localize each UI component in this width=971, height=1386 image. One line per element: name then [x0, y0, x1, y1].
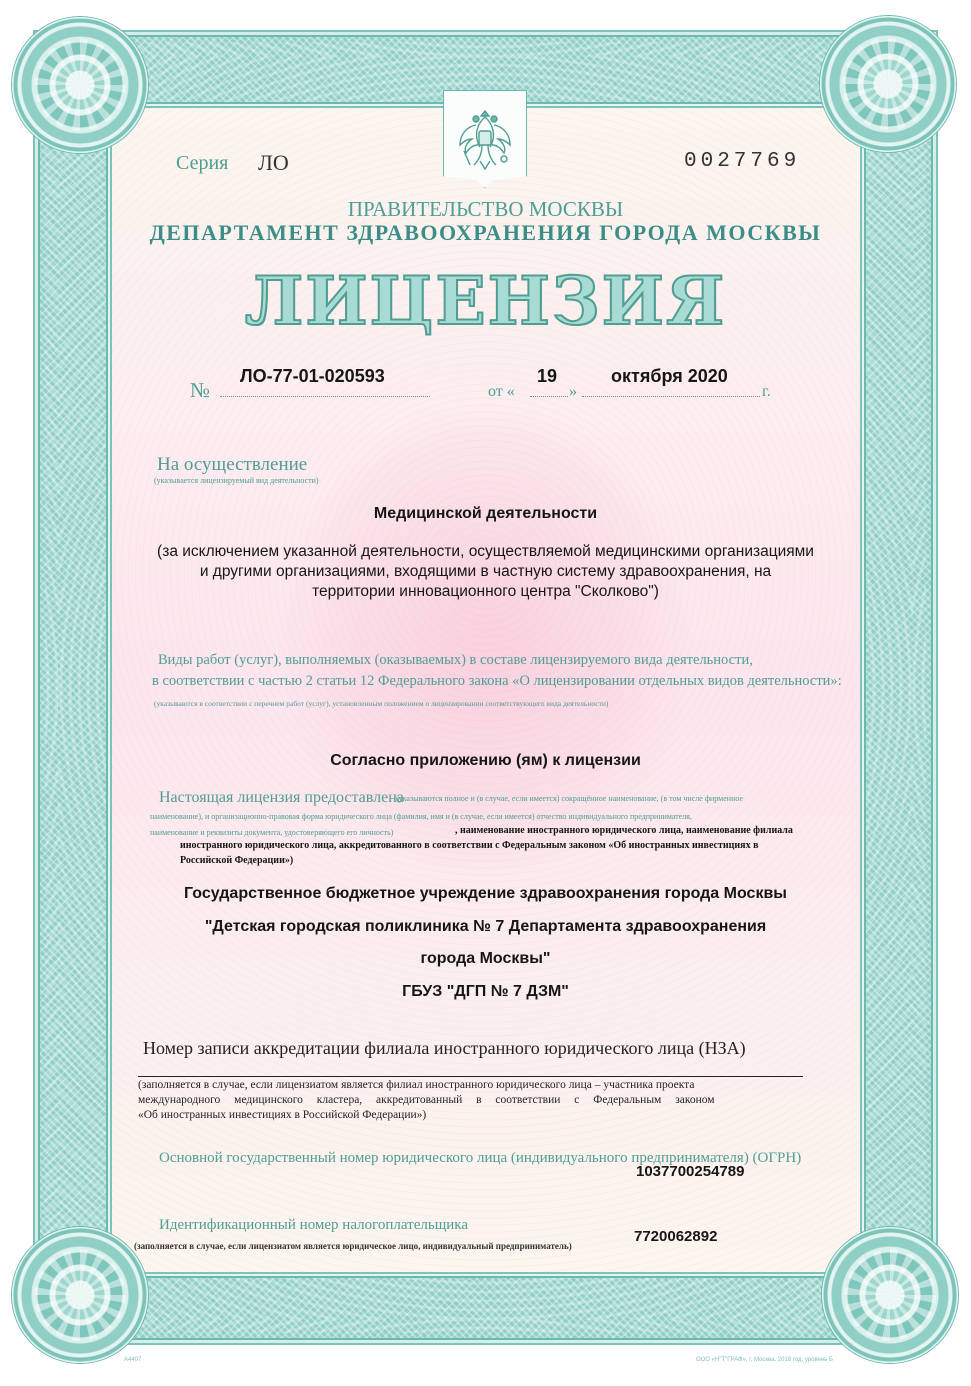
- inn-hint: (заполняется в случае, если лицензиатом …: [134, 1241, 572, 1251]
- activity-label: На осуществление: [157, 454, 307, 476]
- corner-rosette-icon: [822, 1227, 958, 1363]
- nza-underline: [138, 1076, 803, 1077]
- issuer-government: ПРАВИТЕЛЬСТВО МОСКВЫ: [0, 197, 971, 222]
- printer-imprint: ООО «Н"Т"ГРАФ», г. Москва, 2018 год, уро…: [696, 1357, 833, 1363]
- number-underline: [220, 396, 430, 397]
- licensee-hint: наименование и реквизиты документа, удос…: [150, 828, 393, 837]
- ogrn-value: 1037700254789: [636, 1163, 744, 1180]
- licensee-name-line: Государственное бюджетное учреждение здр…: [0, 885, 971, 903]
- number-label: №: [190, 378, 210, 403]
- day-underline: [530, 396, 568, 397]
- date-day: 19: [537, 366, 557, 387]
- activity-note-line: (за исключением указанной деятельности, …: [0, 543, 971, 561]
- nza-hint-line: «Об иностранных инвестициях в Российской…: [138, 1109, 426, 1121]
- licensee-hint-foreign: , наименование иностранного юридического…: [455, 825, 793, 836]
- license-number: ЛО-77-01-020593: [240, 366, 385, 387]
- licensee-hint-foreign: Российской Федерации»): [180, 855, 293, 866]
- series-label: Серия: [176, 152, 228, 175]
- nza-label: Номер записи аккредитации филиала иностр…: [143, 1038, 746, 1059]
- works-value: Согласно приложению (ям) к лицензии: [0, 752, 971, 770]
- month-underline: [582, 396, 760, 397]
- activity-note-line: и другими организациями, входящими в час…: [0, 563, 971, 581]
- nza-hint-line: международного медицинского кластера, ак…: [138, 1094, 715, 1106]
- licensee-short-name: ГБУЗ "ДГП № 7 ДЗМ": [0, 983, 971, 1001]
- activity-hint: (указывается лицензируемый вид деятельно…: [154, 476, 319, 485]
- corner-rosette-icon: [12, 17, 148, 153]
- activity-value: Медицинской деятельности: [0, 505, 971, 523]
- date-year-suffix: г.: [762, 383, 771, 401]
- activity-note-line: территории инновационного центра "Сколко…: [0, 583, 971, 601]
- licensee-hint-foreign: иностранного юридического лица, аккредит…: [180, 840, 758, 851]
- works-hint: (указываются в соответствии с перечнем р…: [154, 699, 608, 708]
- series-value: ЛО: [258, 150, 289, 176]
- corner-rosette-icon: [820, 16, 956, 152]
- form-code: А4407: [124, 1357, 141, 1363]
- corner-rosette-icon: [12, 1227, 148, 1363]
- coat-of-arms-icon: [443, 90, 527, 188]
- licensee-hint: (указываются полное и (в случае, если им…: [396, 794, 743, 803]
- inn-label: Идентификационный номер налогоплательщик…: [159, 1217, 468, 1234]
- nza-hint-line: (заполняется в случае, если лицензиатом …: [138, 1079, 694, 1091]
- license-sheet: Серия ЛО 0027769 ПРАВИТЕЛЬСТВО МОСКВЫ ДЕ…: [0, 0, 971, 1386]
- blank-number: 0027769: [684, 150, 800, 173]
- licensee-hint: наименование), и организационно-правовая…: [150, 812, 692, 821]
- issuer-department: ДЕПАРТАМЕНТ ЗДРАВООХРАНЕНИЯ ГОРОДА МОСКВ…: [0, 220, 971, 246]
- works-label-line: Виды работ (услуг), выполняемых (оказыва…: [158, 652, 753, 669]
- document-title: ЛИЦЕНЗИЯ: [0, 262, 971, 340]
- inn-value: 7720062892: [634, 1228, 717, 1245]
- licensee-name-line: "Детская городская поликлиника № 7 Депар…: [0, 918, 971, 936]
- licensee-label: Настоящая лицензия предоставлена: [159, 789, 404, 807]
- licensee-name-line: города Москвы": [0, 950, 971, 968]
- date-month-year: октября 2020: [611, 366, 728, 387]
- date-from-label: от «: [488, 383, 515, 401]
- works-label-line: в соответствии с частью 2 статьи 12 Феде…: [152, 673, 842, 690]
- date-close-quote: »: [569, 383, 577, 401]
